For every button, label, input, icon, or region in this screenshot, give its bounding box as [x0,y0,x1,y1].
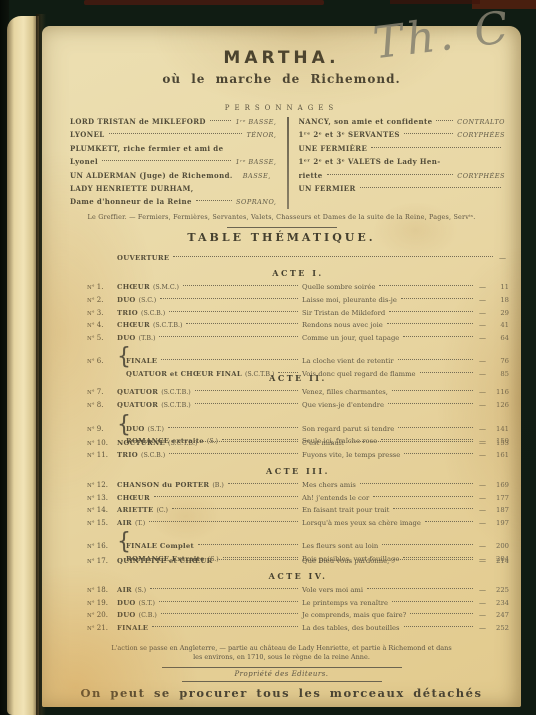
page-dash: — [479,355,486,368]
page-dash: — [479,281,486,294]
page-dash: — [479,294,486,307]
page-number: 141 [489,423,509,436]
incipit-cell: Que viens-je d'entendre — 126 [302,399,509,412]
piece-cell: TRIO (S.C.B.) [117,449,302,463]
incipit-cell: Comme un jour, quel tapage — 64 [302,332,509,345]
cover-red-edge [390,0,480,4]
act-rows: N° 7. QUATUOR (S.C.T.B.) Venez, filles c… [87,386,509,462]
page-number: 214 [489,555,509,568]
numero-mark: N° [87,588,95,594]
page-dash: — [479,332,486,345]
piece-cell: CHŒUR (S.C.T.B.) [117,319,302,333]
incipit-text: La des tables, des bouteilles [302,622,400,635]
numero-mark: N° [87,427,95,433]
numero-mark: N° [87,441,95,447]
numero-mark: N° [87,483,95,489]
incipit-cell: Vole vers moi ami — 225 [302,584,509,597]
numero-mark: N° [87,359,95,365]
cast-voice: TÉNOR, [246,129,276,141]
table-row: N° 13. CHŒUR Ah! j'entends le cor — 177 [87,492,509,505]
page-dash: — [479,609,486,622]
cast-line: LYONEL TÉNOR, [70,128,277,141]
piece-cell: DUO (S.C.) [117,294,302,308]
table-row: N° 7. QUATUOR (S.C.T.B.) Venez, filles c… [87,386,509,399]
numero-mark: N° [87,521,95,527]
incipit-cell: Venez, filles charmantes, — 116 [302,386,509,399]
page-dash: — [479,517,486,530]
table-subrow: DUO (S.T.) Son regard parut si tendre — … [126,423,509,436]
piece-cell: CHANSON du PORTER (B.) [117,479,302,493]
page-dash: — [479,368,486,381]
page-dash: — [479,622,486,635]
cast-voice: SOPRANO, [236,196,276,208]
page-number: 169 [489,479,509,492]
cast-line: 1ᵉʳ 2ᵉ et 3ᵉ VALETS de Lady Hen- [299,155,506,168]
piece-cell: FINALE [117,622,302,635]
title-page: MARTHA. où le marche de Richemond. PERSO… [42,26,521,707]
incipit-text: Quelle sombre soirée [302,281,375,294]
numero-mark: N° [87,601,95,607]
incipit-cell: Les fleurs sont au loin — 200 [302,540,509,553]
piece-cell: TRIO (S.C.B.) [117,307,302,321]
incipit-cell: Son regard parut si tendre — 141 [302,423,509,436]
incipit-cell: Quelle sombre soirée — 11 [302,281,509,294]
cast-list: LORD TRISTAN de MIKLEFORD 1ʳᵉ BASSE, LYO… [70,115,505,209]
act-header: ACTE I. [87,266,509,281]
piece-name: QUATUOR [117,399,158,412]
page-dash: — [479,597,486,610]
piece-cell: DUO (T.B.) [117,332,302,346]
page-number: 225 [489,584,509,597]
cast-name: Lyonel [70,155,98,168]
act-rows: N° 12. CHANSON du PORTER (B.) Mes chers … [87,479,509,567]
incipit-text: Ah! j'entends le cor [302,492,369,505]
cast-voice: CORYPHÉES [457,129,505,141]
numero-mark: N° [87,336,95,342]
cast-name: PLUMKETT, riche fermier et ami de [70,142,223,155]
incipit-cell: La des tables, des bouteilles — 252 [302,622,509,635]
row-number: N° 20. [87,609,117,623]
piece-name: QUATUOR [117,386,158,399]
piece-name: ARIETTE [117,504,153,517]
page-number: 252 [489,622,509,635]
incipit-text: C'est minuit [302,437,344,450]
row-number: N° 1. [87,281,117,295]
numero-mark: N° [87,544,95,550]
numero-mark: N° [87,613,95,619]
page-number: 153 [489,437,509,450]
incipit-cell: La cloche vient de retentir — 76 [302,355,509,368]
act-header: ACTE IV. [87,569,509,584]
piece-scoring: (T.B.) [139,333,156,346]
piece-scoring: (S.C.B.) [141,450,165,463]
act-rows: N° 1. CHŒUR (S.M.C.) Quelle sombre soiré… [87,281,509,369]
cast-line: Dame d'honneur de la Reine SOPRANO, [70,195,277,208]
act-section: ACTE III. N° 12. CHANSON du PORTER (B.) … [87,464,509,567]
numero-mark: N° [87,323,95,329]
incipit-text: Comme un jour, quel tapage [302,332,399,345]
opera-subtitle: où le marche de Richemond. [42,72,521,86]
incipit-text: Le printemps va renaître [302,597,388,610]
numero-mark: N° [87,496,95,502]
cast-name: UNE FERMIÈRE [299,142,368,155]
piece-name: NOCTURNE [117,437,165,450]
incipit-text: Son regard parut si tendre [302,423,394,436]
cast-line: 1ʳᵉ 2ᵉ et 3ᵉ SERVANTES CORYPHÉES [299,128,506,141]
table-row: N° 3. TRIO (S.C.B.) Sir Tristan de Mikle… [87,307,509,320]
incipit-cell: Le printemps va renaître — 234 [302,597,509,610]
piece-scoring: (S.C.T.B.) [161,400,191,413]
action-note-line2: les environs, en 1710, sous le règne de … [42,653,521,663]
incipit-cell: Lorsqu'à mes yeux sa chère image — 197 [302,517,509,530]
page-dash: — [479,492,486,505]
numero-mark: N° [87,298,95,304]
incipit-text: Les fleurs sont au loin [302,540,378,553]
incipit-text: Fuyons vite, le temps presse [302,449,400,462]
piece-cell: ARIETTE (C.) [117,504,302,518]
cast-name: LYONEL [70,128,105,141]
numero-mark: N° [87,453,95,459]
cast-footnote: Le Greffier. — Fermiers, Fermières, Serv… [42,213,521,221]
cast-name: UN FERMIER [299,182,356,195]
row-number: N° 12. [87,479,117,493]
row-number: N° 18. [87,584,117,598]
piece-name: CHANSON du PORTER [117,479,209,492]
act-section: ACTE I. N° 1. CHŒUR (S.M.C.) Quelle somb… [87,266,509,369]
page-dash: — [479,479,486,492]
acts-container: ACTE I. N° 1. CHŒUR (S.M.C.) Quelle somb… [87,266,509,634]
row-number: N° 4. [87,319,117,333]
overture-row: OUVERTURE — [87,252,509,265]
incipit-cell: Mes chers amis — 169 [302,479,509,492]
table-row: N° 12. CHANSON du PORTER (B.) Mes chers … [87,479,509,492]
page-dash: — [479,307,486,320]
action-note: L'action se passe en Angleterre, — parti… [42,644,521,663]
row-number: N° 8. [87,399,117,413]
table-row: N° 15. AIR (T.) Lorsqu'à mes yeux sa chè… [87,517,509,530]
piece-name: TRIO [117,307,138,320]
table-row: N° 20. DUO (C.B.) Je comprends, mais que… [87,609,509,622]
table-row-group: N° 9. { DUO (S.T.) Son regard parut si t… [87,412,509,437]
page-dash: — [479,504,486,517]
piece-name: FINALE Complet [126,540,194,553]
row-number: N° 2. [87,294,117,308]
incipit-cell: Sir Tristan de Mikleford — 29 [302,307,509,320]
table-row: N° 11. TRIO (S.C.B.) Fuyons vite, le tem… [87,449,509,462]
cast-name: LORD TRISTAN de MIKLEFORD [70,115,206,128]
piece-name: DUO [117,294,136,307]
numero-mark: N° [87,311,95,317]
table-row: N° 21. FINALE La des tables, des bouteil… [87,622,509,635]
brace-glyph: { [117,529,126,555]
table-row-group: N° 16. { FINALE Complet Les fleurs sont … [87,529,509,554]
table-row: N° 14. ARIETTE (C.) En faisant trait pou… [87,504,509,517]
divider-rule [182,681,382,682]
brace-glyph: { [117,344,126,370]
cast-line: LADY HENRIETTE DURHAM, [70,182,277,195]
scanned-book-page: MARTHA. où le marche de Richemond. PERSO… [0,0,536,715]
row-number: N° 21. [87,622,117,636]
incipit-text: Lorsqu'à mes yeux sa chère image [302,517,421,530]
piece-name: TRIO [117,449,138,462]
action-note-line1: L'action se passe en Angleterre, — parti… [42,644,521,654]
cast-line: LORD TRISTAN de MIKLEFORD 1ʳᵉ BASSE, [70,115,277,128]
piece-cell: QUATUOR (S.C.T.B.) [117,386,302,400]
table-thematique-heading: TABLE THÉMATIQUE. [42,231,521,244]
piece-cell: AIR (S.) [117,584,302,598]
numero-mark: N° [87,403,95,409]
incipit-text: La cloche vient de retentir [302,355,394,368]
page-number: 29 [489,307,509,320]
piece-name: OUVERTURE [117,252,169,265]
table-row-group: N° 6. { FINALE La cloche vient de retent… [87,344,509,369]
piece-cell: CHŒUR (S.M.C.) [117,281,302,295]
piece-cell: QUATUOR (S.C.T.B.) [117,399,302,413]
piece-cell: FINALE [126,355,302,368]
row-number: N° 15. [87,517,117,531]
incipit-cell: Rendons nous avec joie — 41 [302,319,509,332]
page-number: 76 [489,355,509,368]
table-row: N° 2. DUO (S.C.) Laisse moi, pleurante d… [87,294,509,307]
incipit-text: Vole vers moi ami [302,584,363,597]
page-dash: — [479,437,486,450]
row-number: N° 6. [87,349,117,375]
row-number: N° 13. [87,492,117,506]
row-number: N° 14. [87,504,117,518]
page-number: 200 [489,540,509,553]
incipit-cell: Vois donc quel regard de flamme — 85 [302,368,509,381]
page-number: 64 [489,332,509,345]
cast-column-right: NANCY, son amie et confidente CONTRALTO … [289,115,506,209]
table-row: N° 4. CHŒUR (S.C.T.B.) Rendons nous avec… [87,319,509,332]
row-number: N° 19. [87,597,117,611]
page-dash: — [479,386,486,399]
row-number: N° 3. [87,307,117,321]
table-row: N° 19. DUO (S.T.) Le printemps va renaît… [87,597,509,610]
page-dash: — [479,555,486,568]
cast-name: Dame d'honneur de la Reine [70,195,192,208]
table-subrow: FINALE La cloche vient de retentir — 76 [126,355,509,368]
cast-line: UN FERMIER [299,182,506,195]
piece-cell: DUO (S.T.) [126,423,302,437]
row-number: N° 17. [87,555,117,569]
table-row: N° 1. CHŒUR (S.M.C.) Quelle sombre soiré… [87,281,509,294]
cast-voice: CONTRALTO [457,116,505,128]
cast-name: NANCY, son amie et confidente [299,115,433,128]
piece-name: DUO [117,597,136,610]
incipit-text: Rendons nous avec joie [302,319,383,332]
piece-cell: AIR (T.) [117,517,302,531]
editors-notice: Propriété des Editeurs. [42,670,521,678]
brace-glyph: { [117,411,126,437]
act-header: ACTE III. [87,464,509,479]
piece-name: QUATUOR et CHŒUR FINAL [126,368,242,381]
cast-voice: CORYPHÉES [457,170,505,182]
piece-name: QUINTETTE et CHŒUR [117,555,213,568]
table-row: N° 5. DUO (T.B.) Comme un jour, quel tap… [87,332,509,345]
piece-cell: DUO (C.B.) [117,609,302,623]
cast-line: UN ALDERMAN (Juge) de Richemond. BASSE, [70,169,277,182]
cast-name: riette [299,169,323,182]
page-number: 161 [489,449,509,462]
divider-rule [162,667,402,668]
piece-scoring: (T.) [135,518,145,531]
incipit-text: En faisant trait pour trait [302,504,389,517]
incipit-cell: Laisse moi, pleurante dis-je — 18 [302,294,509,307]
page-number: 11 [489,281,509,294]
page-dash: — [479,540,486,553]
page-dash: — [499,252,506,265]
page-number: 197 [489,517,509,530]
page-dash: — [479,319,486,332]
page-dash: — [479,584,486,597]
cast-line: Lyonel 1ʳᵉ BASSE, [70,155,277,168]
row-number: N° 11. [87,449,117,463]
cast-name: 1ʳᵉ 2ᵉ et 3ᵉ SERVANTES [299,128,400,141]
cast-line: NANCY, son amie et confidente CONTRALTO [299,115,506,128]
cast-line: riette CORYPHÉES [299,169,506,182]
incipit-text: Que viens-je d'entendre [302,399,384,412]
table-subrow: FINALE Complet Les fleurs sont au loin —… [126,540,509,553]
page-number: 18 [489,294,509,307]
act-section: ACTE IV. N° 18. AIR (S.) Vole vers moi a… [87,569,509,634]
act-section: ACTE II. N° 7. QUATUOR (S.C.T.B.) Venez,… [87,371,509,462]
cast-name: UN ALDERMAN (Juge) de Richemond. [70,169,233,182]
cast-name: LADY HENRIETTE DURHAM, [70,182,194,195]
piece-name: CHŒUR [117,281,150,294]
page-number: 85 [489,368,509,381]
incipit-text: Mes chers amis [302,479,356,492]
incipit-cell: Fuyons vite, le temps presse — 161 [302,449,509,462]
incipit-cell: En faisant trait pour trait — 187 [302,504,509,517]
cast-column-left: LORD TRISTAN de MIKLEFORD 1ʳᵉ BASSE, LYO… [70,115,287,209]
thematic-table: OUVERTURE — ACTE I. N° 1. CHŒUR (S.M.C.)… [87,252,509,635]
cover-red-edge [84,0,324,5]
incipit-text: Je comprends, mais que faire? [302,609,406,622]
incipit-text: Que Dieu vous pardonne, [302,555,389,568]
cast-voice: BASSE, [243,170,271,182]
cast-voice: 1ʳᵉ BASSE, [235,156,276,168]
piece-name: AIR [117,584,132,597]
piece-name: CHŒUR [117,319,150,332]
table-row: N° 8. QUATUOR (S.C.T.B.) Que viens-je d'… [87,399,509,412]
incipit-cell: Je comprends, mais que faire? — 247 [302,609,509,622]
cast-name: 1ᵉʳ 2ᵉ et 3ᵉ VALETS de Lady Hen- [299,155,441,168]
row-number: N° 7. [87,386,117,400]
numero-mark: N° [87,626,95,632]
page-dash: — [479,423,486,436]
numero-mark: N° [87,390,95,396]
table-row: N° 18. AIR (S.) Vole vers moi ami — 225 [87,584,509,597]
piece-name: CHŒUR [117,492,150,505]
piece-cell: CHŒUR [117,492,302,505]
piece-cell: FINALE Complet [126,540,302,553]
cast-line: PLUMKETT, riche fermier et ami de [70,142,277,155]
cast-voice: 1ʳᵉ BASSE, [235,116,276,128]
numero-mark: N° [87,508,95,514]
page-number: 41 [489,319,509,332]
row-number: N° 5. [87,332,117,346]
numero-mark: N° [87,559,95,565]
piece-cell: DUO (S.T.) [117,597,302,611]
page-number: 177 [489,492,509,505]
piece-name: DUO [117,609,136,622]
personnages-header: PERSONNAGES [42,104,521,112]
page-dash: — [479,449,486,462]
row-number: N° 10. [87,437,117,451]
sales-tagline: On peut se procurer tous les morceaux dé… [42,686,521,700]
cast-line: UNE FERMIÈRE [299,142,506,155]
page-number: 234 [489,597,509,610]
page-number: 126 [489,399,509,412]
numero-mark: N° [87,285,95,291]
incipit-text: Venez, filles charmantes, [302,386,388,399]
page-number: 247 [489,609,509,622]
act-rows: N° 18. AIR (S.) Vole vers moi ami — 225 … [87,584,509,634]
page-curl-edge [7,16,39,715]
incipit-text: Laisse moi, pleurante dis-je [302,294,397,307]
divider-rule [227,227,337,228]
piece-name: FINALE [117,622,148,635]
incipit-cell: Ah! j'entends le cor — 177 [302,492,509,505]
page-number: 187 [489,504,509,517]
page-number: 116 [489,386,509,399]
page-dash: — [479,399,486,412]
incipit-text: Sir Tristan de Mikleford [302,307,385,320]
